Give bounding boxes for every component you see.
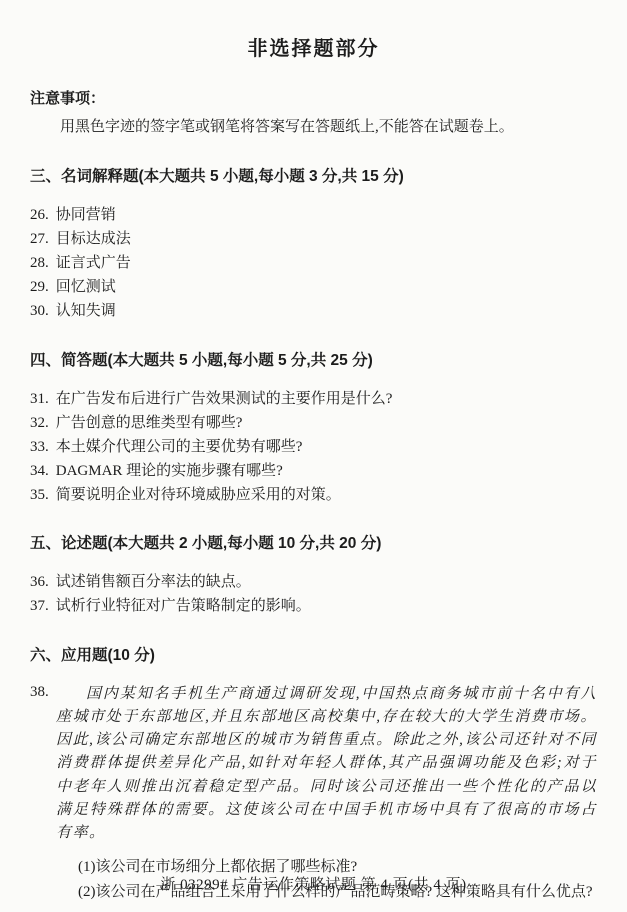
page-title: 非选择题部分 bbox=[30, 32, 597, 61]
question-28: 28.证言式广告 bbox=[30, 252, 597, 276]
question-34-text: DAGMAR 理论的实施步骤有哪些? bbox=[56, 463, 283, 479]
section-3-items: 26.协同营销 27.目标达成法 28.证言式广告 29.回忆测试 30.认知失… bbox=[30, 204, 597, 324]
notice-label: 注意事项： bbox=[30, 87, 597, 108]
question-36-number: 36. bbox=[30, 574, 49, 590]
question-38-number: 38. bbox=[30, 683, 56, 905]
question-27-text: 目标达成法 bbox=[56, 231, 131, 247]
question-36: 36.试述销售额百分率法的缺点。 bbox=[30, 571, 597, 595]
question-33-text: 本土媒介代理公司的主要优势有哪些? bbox=[56, 439, 303, 455]
question-35-text: 简要说明企业对待环境威胁应采用的对策。 bbox=[56, 487, 341, 503]
question-31: 31.在广告发布后进行广告效果测试的主要作用是什么? bbox=[30, 388, 597, 412]
exam-paper-page: 非选择题部分 注意事项： 用黑色字迹的签字笔或钢笔将答案写在答题纸上,不能答在试… bbox=[0, 0, 627, 912]
question-36-text: 试述销售额百分率法的缺点。 bbox=[56, 574, 251, 590]
question-38: 38. 国内某知名手机生产商通过调研发现,中国热点商务城市前十名中有八座城市处于… bbox=[30, 683, 597, 905]
question-30-text: 认知失调 bbox=[56, 303, 116, 319]
notice-text: 用黑色字迹的签字笔或钢笔将答案写在答题纸上,不能答在试题卷上。 bbox=[30, 116, 597, 138]
question-26-number: 26. bbox=[30, 207, 49, 223]
question-35-number: 35. bbox=[30, 487, 49, 503]
section-heading-4: 四、简答题(本大题共 5 小题,每小题 5 分,共 25 分) bbox=[30, 348, 597, 370]
question-29-number: 29. bbox=[30, 279, 49, 295]
question-32-number: 32. bbox=[30, 415, 49, 431]
question-27-number: 27. bbox=[30, 231, 49, 247]
question-29-text: 回忆测试 bbox=[56, 279, 116, 295]
question-33: 33.本土媒介代理公司的主要优势有哪些? bbox=[30, 436, 597, 460]
section-heading-6: 六、应用题(10 分) bbox=[30, 643, 597, 665]
question-37-text: 试析行业特征对广告策略制定的影响。 bbox=[56, 598, 311, 614]
question-37-number: 37. bbox=[30, 598, 49, 614]
question-32-text: 广告创意的思维类型有哪些? bbox=[56, 415, 243, 431]
question-38-content: 国内某知名手机生产商通过调研发现,中国热点商务城市前十名中有八座城市处于东部地区… bbox=[56, 683, 597, 905]
section-heading-5: 五、论述题(本大题共 2 小题,每小题 10 分,共 20 分) bbox=[30, 531, 597, 553]
page-footer: 浙 03299# 广告运作策略试题 第 4 页(共 4 页) bbox=[0, 873, 627, 894]
question-37: 37.试析行业特征对广告策略制定的影响。 bbox=[30, 595, 597, 619]
section-heading-3: 三、名词解释题(本大题共 5 小题,每小题 3 分,共 15 分) bbox=[30, 164, 597, 186]
section-5-items: 36.试述销售额百分率法的缺点。 37.试析行业特征对广告策略制定的影响。 bbox=[30, 571, 597, 619]
question-30-number: 30. bbox=[30, 303, 49, 319]
question-27: 27.目标达成法 bbox=[30, 228, 597, 252]
question-32: 32.广告创意的思维类型有哪些? bbox=[30, 412, 597, 436]
question-28-text: 证言式广告 bbox=[56, 255, 131, 271]
question-26-text: 协同营销 bbox=[56, 207, 116, 223]
question-30: 30.认知失调 bbox=[30, 300, 597, 324]
question-31-number: 31. bbox=[30, 391, 49, 407]
question-28-number: 28. bbox=[30, 255, 49, 271]
question-34-number: 34. bbox=[30, 463, 49, 479]
section-4-items: 31.在广告发布后进行广告效果测试的主要作用是什么? 32.广告创意的思维类型有… bbox=[30, 388, 597, 508]
question-38-scenario: 国内某知名手机生产商通过调研发现,中国热点商务城市前十名中有八座城市处于东部地区… bbox=[56, 683, 597, 846]
question-31-text: 在广告发布后进行广告效果测试的主要作用是什么? bbox=[56, 391, 393, 407]
question-33-number: 33. bbox=[30, 439, 49, 455]
question-35: 35.简要说明企业对待环境威胁应采用的对策。 bbox=[30, 484, 597, 508]
question-26: 26.协同营销 bbox=[30, 204, 597, 228]
question-29: 29.回忆测试 bbox=[30, 276, 597, 300]
question-34: 34.DAGMAR 理论的实施步骤有哪些? bbox=[30, 460, 597, 484]
